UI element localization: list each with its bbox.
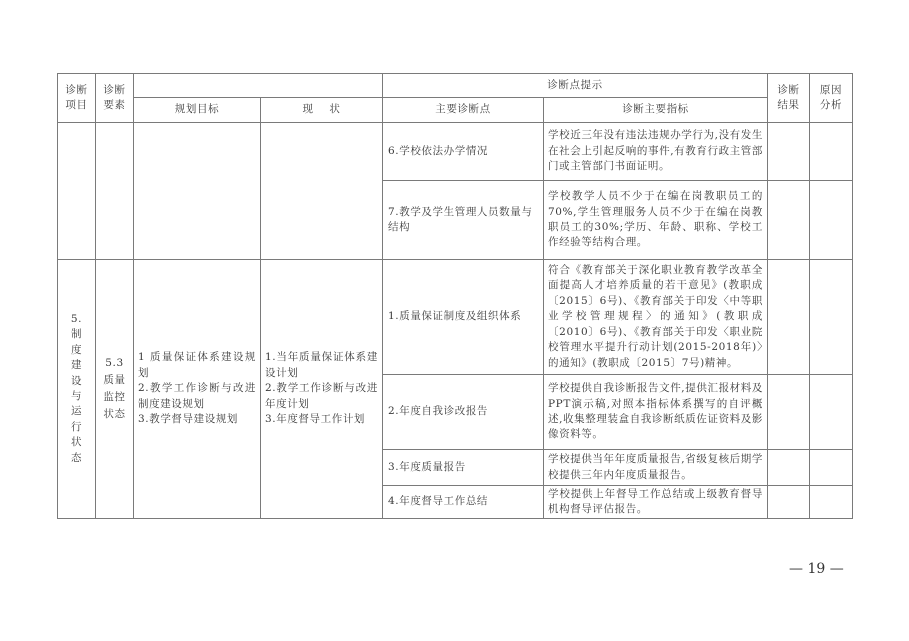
table-row: 6.学校依法办学情况 学校近三年没有违法违规办学行为,没有发生在社会上引起反响的…	[58, 123, 853, 181]
cell-main-indicator: 学校提供当年年度质量报告,省级复核后期学校提供三年内年度质量报告。	[544, 450, 768, 486]
cell-element-continued	[96, 123, 134, 260]
item-char: 设	[58, 374, 95, 389]
cell-status-continued	[261, 123, 383, 260]
cell-reason-analysis[interactable]	[810, 450, 853, 486]
cell-current-status: 1.当年质量保证体系建设计划 2.教学工作诊断与改进年度计划 3.年度督导工作计…	[261, 260, 383, 519]
cell-reason-analysis[interactable]	[810, 486, 853, 519]
element-line: 5.3	[96, 355, 133, 372]
cell-diagnosis-item: 5. 制 度 建 设 与 运 行 状 态	[58, 260, 96, 519]
element-line: 质量	[96, 372, 133, 389]
header-diagnosis-item: 诊断 项目	[58, 74, 96, 123]
header-reason-line1: 原因	[810, 83, 852, 98]
item-char: 5.	[58, 312, 95, 327]
header-result-line2: 结果	[768, 98, 809, 113]
cell-diagnosis-result[interactable]	[768, 260, 810, 375]
cell-reason-analysis[interactable]	[810, 181, 853, 260]
cell-main-point: 3.年度质量报告	[383, 450, 544, 486]
status-line: 2.教学工作诊断与改进年度计划	[265, 381, 378, 412]
header-current-status: 现 状	[261, 98, 383, 123]
cell-diagnosis-result[interactable]	[768, 123, 810, 181]
header-item-line1: 诊断	[58, 83, 95, 98]
table-row: 5. 制 度 建 设 与 运 行 状 态 5.3 质量 监控 状态 1 质量保证…	[58, 260, 853, 375]
page-number: — 19 —	[789, 561, 844, 577]
cell-reason-analysis[interactable]	[810, 260, 853, 375]
plan-line: 1 质量保证体系建设规划	[138, 350, 256, 381]
header-main-indicator: 诊断主要指标	[544, 98, 768, 123]
header-item-line2: 项目	[58, 98, 95, 113]
cell-diagnosis-result[interactable]	[768, 486, 810, 519]
item-char: 运	[58, 404, 95, 419]
cell-diagnosis-result[interactable]	[768, 181, 810, 260]
cell-main-point: 7.教学及学生管理人员数量与结构	[383, 181, 544, 260]
header-diagnosis-result: 诊断 结果	[768, 74, 810, 123]
header-reason-line2: 分析	[810, 98, 852, 113]
header-main-point: 主要诊断点	[383, 98, 544, 123]
cell-main-point: 4.年度督导工作总结	[383, 486, 544, 519]
cell-item-continued	[58, 123, 96, 260]
cell-main-indicator: 学校提供自我诊断报告文件,提供汇报材料及PPT演示稿,对照本指标体系撰写的自评概…	[544, 375, 768, 450]
cell-main-point: 6.学校依法办学情况	[383, 123, 544, 181]
element-line: 状态	[96, 406, 133, 423]
header-element-line1: 诊断	[96, 83, 133, 98]
item-char: 状	[58, 435, 95, 450]
cell-main-point: 2.年度自我诊改报告	[383, 375, 544, 450]
plan-line: 3.教学督导建设规划	[138, 412, 256, 427]
cell-diagnosis-result[interactable]	[768, 450, 810, 486]
cell-diagnosis-result[interactable]	[768, 375, 810, 450]
header-element-line2: 要素	[96, 98, 133, 113]
cell-plan-target: 1 质量保证体系建设规划 2.教学工作诊断与改进制度建设规划 3.教学督导建设规…	[134, 260, 261, 519]
header-blank-group	[134, 74, 383, 98]
element-line: 监控	[96, 389, 133, 406]
header-plan-target: 规划目标	[134, 98, 261, 123]
item-char: 态	[58, 451, 95, 466]
cell-plan-continued	[134, 123, 261, 260]
header-reason-analysis: 原因 分析	[810, 74, 853, 123]
cell-reason-analysis[interactable]	[810, 375, 853, 450]
plan-line: 2.教学工作诊断与改进制度建设规划	[138, 381, 256, 412]
header-hint-group: 诊断点提示	[383, 74, 768, 98]
item-char: 建	[58, 358, 95, 373]
diagnosis-table: 诊断 项目 诊断 要素 诊断点提示 诊断 结果 原因 分析 规划目标 现 状 主…	[57, 73, 853, 519]
status-line: 1.当年质量保证体系建设计划	[265, 350, 378, 381]
cell-main-indicator: 学校近三年没有违法违规办学行为,没有发生在社会上引起反响的事件,有教育行政主管部…	[544, 123, 768, 181]
status-line: 3.年度督导工作计划	[265, 412, 378, 427]
item-char: 行	[58, 420, 95, 435]
cell-main-indicator: 学校教学人员不少于在编在岗教职员工的70%,学生管理服务人员不少于在编在岗教职员…	[544, 181, 768, 260]
item-char: 与	[58, 389, 95, 404]
cell-reason-analysis[interactable]	[810, 123, 853, 181]
item-char: 制	[58, 327, 95, 342]
cell-main-indicator: 学校提供上年督导工作总结或上级教育督导机构督导评估报告。	[544, 486, 768, 519]
cell-main-point: 1.质量保证制度及组织体系	[383, 260, 544, 375]
cell-main-indicator: 符合《教育部关于深化职业教育教学改革全面提高人才培养质量的若干意见》(教职成〔2…	[544, 260, 768, 375]
header-result-line1: 诊断	[768, 83, 809, 98]
cell-diagnosis-element: 5.3 质量 监控 状态	[96, 260, 134, 519]
header-diagnosis-element: 诊断 要素	[96, 74, 134, 123]
item-char: 度	[58, 343, 95, 358]
